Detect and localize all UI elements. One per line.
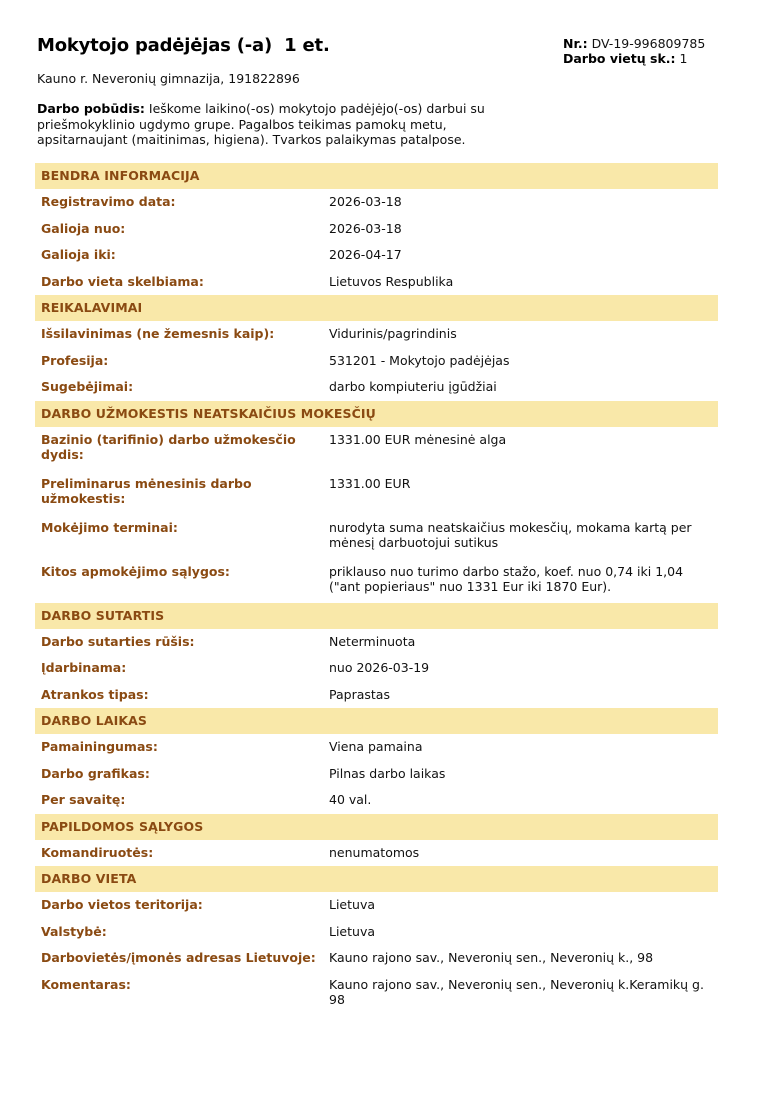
posting-number-value: DV-19-996809785 xyxy=(592,36,706,51)
info-value: Viena pamaina xyxy=(329,739,718,756)
info-value: Neterminuota xyxy=(329,634,718,651)
job-description: Darbo pobūdis: Ieškome laikino(-os) moky… xyxy=(37,101,517,148)
info-row: Mokėjimo terminai:nurodyta suma neatskai… xyxy=(35,515,718,559)
section: DARBO LAIKASPamainingumas:Viena pamainaD… xyxy=(35,708,718,814)
info-value: Paprastas xyxy=(329,687,718,704)
info-value: nenumatomos xyxy=(329,845,718,862)
info-row: Profesija:531201 - Mokytojo padėjėjas xyxy=(35,348,718,375)
info-label: Profesija: xyxy=(41,353,329,370)
info-label: Registravimo data: xyxy=(41,194,329,211)
info-value: nuo 2026-03-19 xyxy=(329,660,718,677)
info-row: Darbo grafikas:Pilnas darbo laikas xyxy=(35,761,718,788)
info-value: 2026-03-18 xyxy=(329,221,718,238)
info-label: Pamainingumas: xyxy=(41,739,329,756)
info-label: Darbovietės/įmonės adresas Lietuvoje: xyxy=(41,950,329,967)
posting-meta: Nr.: DV-19-996809785 Darbo vietų sk.: 1 xyxy=(563,36,705,66)
posting-number-label: Nr.: xyxy=(563,36,588,51)
info-label: Kitos apmokėjimo sąlygos: xyxy=(41,564,329,594)
section-header: DARBO UŽMOKESTIS NEATSKAIČIUS MOKESČIŲ xyxy=(35,401,718,427)
info-row: Per savaitę:40 val. xyxy=(35,787,718,814)
info-label: Darbo sutarties rūšis: xyxy=(41,634,329,651)
info-label: Komentaras: xyxy=(41,977,329,1007)
info-value: Vidurinis/pagrindinis xyxy=(329,326,718,343)
posting-number: Nr.: DV-19-996809785 xyxy=(563,36,705,51)
info-label: Per savaitę: xyxy=(41,792,329,809)
info-row: Valstybė:Lietuva xyxy=(35,919,718,946)
info-label: Preliminarus mėnesinis darbo užmokestis: xyxy=(41,476,329,506)
section-header: DARBO VIETA xyxy=(35,866,718,892)
info-label: Atrankos tipas: xyxy=(41,687,329,704)
info-value: Kauno rajono sav., Neveronių sen., Never… xyxy=(329,977,718,1007)
info-value: 40 val. xyxy=(329,792,718,809)
info-row: Registravimo data:2026-03-18 xyxy=(35,189,718,216)
info-label: Išsilavinimas (ne žemesnis kaip): xyxy=(41,326,329,343)
section-header: DARBO SUTARTIS xyxy=(35,603,718,629)
info-row: Darbovietės/įmonės adresas Lietuvoje:Kau… xyxy=(35,945,718,972)
info-value: Lietuvos Respublika xyxy=(329,274,718,291)
info-value: Lietuva xyxy=(329,897,718,914)
info-value: 2026-04-17 xyxy=(329,247,718,264)
info-label: Valstybė: xyxy=(41,924,329,941)
info-row: Galioja iki:2026-04-17 xyxy=(35,242,718,269)
info-row: Išsilavinimas (ne žemesnis kaip):Vidurin… xyxy=(35,321,718,348)
info-label: Galioja iki: xyxy=(41,247,329,264)
info-row: Preliminarus mėnesinis darbo užmokestis:… xyxy=(35,471,718,515)
info-row: Galioja nuo:2026-03-18 xyxy=(35,216,718,243)
info-row: Darbo vietos teritorija:Lietuva xyxy=(35,892,718,919)
info-label: Darbo vieta skelbiama: xyxy=(41,274,329,291)
section-header: REIKALAVIMAI xyxy=(35,295,718,321)
info-label: Darbo vietos teritorija: xyxy=(41,897,329,914)
places-count-label: Darbo vietų sk.: xyxy=(563,51,676,66)
info-row: Bazinio (tarifinio) darbo užmokesčio dyd… xyxy=(35,427,718,471)
info-value: 531201 - Mokytojo padėjėjas xyxy=(329,353,718,370)
employer-name: Kauno r. Neveronių gimnazija, 191822896 xyxy=(37,71,300,86)
section-header: BENDRA INFORMACIJA xyxy=(35,163,718,189)
info-row: Darbo vieta skelbiama:Lietuvos Respublik… xyxy=(35,269,718,296)
info-row: Komandiruotės:nenumatomos xyxy=(35,840,718,867)
info-value: 1331.00 EUR mėnesinė alga xyxy=(329,432,718,462)
section: BENDRA INFORMACIJARegistravimo data:2026… xyxy=(35,163,718,295)
section: PAPILDOMOS SĄLYGOSKomandiruotės:nenumato… xyxy=(35,814,718,867)
section: REIKALAVIMAIIšsilavinimas (ne žemesnis k… xyxy=(35,295,718,401)
places-count: Darbo vietų sk.: 1 xyxy=(563,51,705,66)
info-label: Komandiruotės: xyxy=(41,845,329,862)
info-value: priklauso nuo turimo darbo stažo, koef. … xyxy=(329,564,718,594)
places-count-value: 1 xyxy=(679,51,687,66)
info-row: Darbo sutarties rūšis:Neterminuota xyxy=(35,629,718,656)
info-sections: BENDRA INFORMACIJARegistravimo data:2026… xyxy=(35,163,718,1016)
info-label: Bazinio (tarifinio) darbo užmokesčio dyd… xyxy=(41,432,329,462)
info-row: Komentaras:Kauno rajono sav., Neveronių … xyxy=(35,972,718,1016)
info-label: Įdarbinama: xyxy=(41,660,329,677)
job-title: Mokytojo padėjėjas (-a) 1 et. xyxy=(37,35,330,56)
info-value: 2026-03-18 xyxy=(329,194,718,211)
job-description-label: Darbo pobūdis: xyxy=(37,101,145,116)
section-header: DARBO LAIKAS xyxy=(35,708,718,734)
info-label: Galioja nuo: xyxy=(41,221,329,238)
info-label: Sugebėjimai: xyxy=(41,379,329,396)
info-label: Darbo grafikas: xyxy=(41,766,329,783)
info-value: Pilnas darbo laikas xyxy=(329,766,718,783)
info-value: Kauno rajono sav., Neveronių sen., Never… xyxy=(329,950,718,967)
info-row: Atrankos tipas:Paprastas xyxy=(35,682,718,709)
section: DARBO SUTARTISDarbo sutarties rūšis:Nete… xyxy=(35,603,718,709)
section-header: PAPILDOMOS SĄLYGOS xyxy=(35,814,718,840)
info-value: darbo kompiuteriu įgūdžiai xyxy=(329,379,718,396)
info-row: Kitos apmokėjimo sąlygos:priklauso nuo t… xyxy=(35,559,718,603)
info-value: 1331.00 EUR xyxy=(329,476,718,506)
info-label: Mokėjimo terminai: xyxy=(41,520,329,550)
info-value: nurodyta suma neatskaičius mokesčių, mok… xyxy=(329,520,718,550)
section: DARBO UŽMOKESTIS NEATSKAIČIUS MOKESČIŲBa… xyxy=(35,401,718,603)
info-value: Lietuva xyxy=(329,924,718,941)
info-row: Sugebėjimai:darbo kompiuteriu įgūdžiai xyxy=(35,374,718,401)
section: DARBO VIETADarbo vietos teritorija:Lietu… xyxy=(35,866,718,1016)
info-row: Įdarbinama:nuo 2026-03-19 xyxy=(35,655,718,682)
info-row: Pamainingumas:Viena pamaina xyxy=(35,734,718,761)
